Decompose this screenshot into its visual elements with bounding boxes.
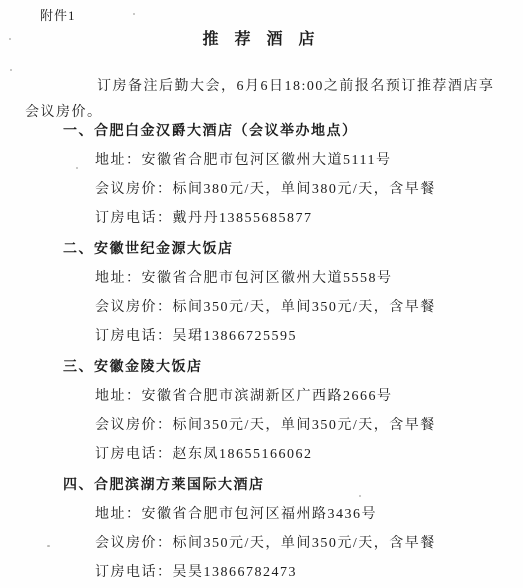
phone-value: 吴昊13866782473 (173, 565, 298, 580)
address-value: 安徽省合肥市包河区徽州大道5558号 (142, 271, 393, 286)
hotel-section-4: 四、合肥滨湖方莱国际大酒店 地址：安徽省合肥市包河区福州路3436号 会议房价：… (0, 471, 523, 587)
phone-line: 订房电话：吴昊13866782473 (95, 558, 523, 587)
phone-line: 订房电话：戴丹丹13855685877 (95, 204, 523, 233)
price-label: 会议房价： (95, 418, 173, 433)
hotel-heading: 二、安徽世纪金源大饭店 (63, 235, 523, 264)
hotel-list: 一、合肥白金汉爵大酒店（会议举办地点） 地址：安徽省合肥市包河区徽州大道5111… (0, 117, 523, 587)
scan-speck (10, 69, 12, 71)
price-line: 会议房价：标间350元/天，单间350元/天，含早餐 (95, 529, 523, 558)
scan-speck (9, 38, 11, 40)
price-value: 标间350元/天，单间350元/天，含早餐 (173, 418, 436, 433)
hotel-heading: 四、合肥滨湖方莱国际大酒店 (63, 471, 523, 500)
address-label: 地址： (95, 389, 142, 404)
scan-speck (359, 495, 361, 497)
price-label: 会议房价： (95, 182, 173, 197)
price-label: 会议房价： (95, 300, 173, 315)
phone-label: 订房电话： (95, 329, 173, 344)
address-value: 安徽省合肥市包河区福州路3436号 (142, 507, 378, 522)
phone-line: 订房电话：赵东凤18655166062 (95, 440, 523, 469)
phone-value: 赵东凤18655166062 (173, 447, 313, 462)
intro-line-1: 订房备注后勤大会，6月6日18:00之前报名预订推荐酒店享 (25, 74, 503, 100)
address-value: 安徽省合肥市滨湖新区广西路2666号 (142, 389, 393, 404)
phone-label: 订房电话： (95, 211, 173, 226)
address-label: 地址： (95, 153, 142, 168)
phone-value: 戴丹丹13855685877 (173, 211, 313, 226)
page-title: 推 荐 酒 店 (0, 30, 523, 50)
scanned-document-page: 附件1 推 荐 酒 店 订房备注后勤大会，6月6日18:00之前报名预订推荐酒店… (0, 0, 523, 588)
hotel-heading: 三、安徽金陵大饭店 (63, 353, 523, 382)
phone-label: 订房电话： (95, 565, 173, 580)
address-value: 安徽省合肥市包河区徽州大道5111号 (142, 153, 392, 168)
price-value: 标间350元/天，单间350元/天，含早餐 (173, 300, 436, 315)
price-line: 会议房价：标间350元/天，单间350元/天，含早餐 (95, 411, 523, 440)
address-line: 地址：安徽省合肥市包河区徽州大道5558号 (95, 264, 523, 293)
address-line: 地址：安徽省合肥市包河区徽州大道5111号 (95, 146, 523, 175)
price-value: 标间380元/天，单间380元/天，含早餐 (173, 182, 436, 197)
address-line: 地址：安徽省合肥市包河区福州路3436号 (95, 500, 523, 529)
hotel-section-2: 二、安徽世纪金源大饭店 地址：安徽省合肥市包河区徽州大道5558号 会议房价：标… (0, 235, 523, 351)
scan-speck (133, 13, 135, 15)
hotel-section-3: 三、安徽金陵大饭店 地址：安徽省合肥市滨湖新区广西路2666号 会议房价：标间3… (0, 353, 523, 469)
address-label: 地址： (95, 271, 142, 286)
price-line: 会议房价：标间350元/天，单间350元/天，含早餐 (95, 293, 523, 322)
phone-label: 订房电话： (95, 447, 173, 462)
price-line: 会议房价：标间380元/天，单间380元/天，含早餐 (95, 175, 523, 204)
price-label: 会议房价： (95, 536, 173, 551)
price-value: 标间350元/天，单间350元/天，含早餐 (173, 536, 436, 551)
address-label: 地址： (95, 507, 142, 522)
attachment-label: 附件1 (40, 5, 76, 24)
scan-speck (76, 167, 78, 169)
phone-value: 吴珺13866725595 (173, 329, 298, 344)
hotel-section-1: 一、合肥白金汉爵大酒店（会议举办地点） 地址：安徽省合肥市包河区徽州大道5111… (0, 117, 523, 233)
hotel-heading: 一、合肥白金汉爵大酒店（会议举办地点） (63, 117, 523, 146)
address-line: 地址：安徽省合肥市滨湖新区广西路2666号 (95, 382, 523, 411)
phone-line: 订房电话：吴珺13866725595 (95, 322, 523, 351)
scan-speck (47, 545, 50, 547)
